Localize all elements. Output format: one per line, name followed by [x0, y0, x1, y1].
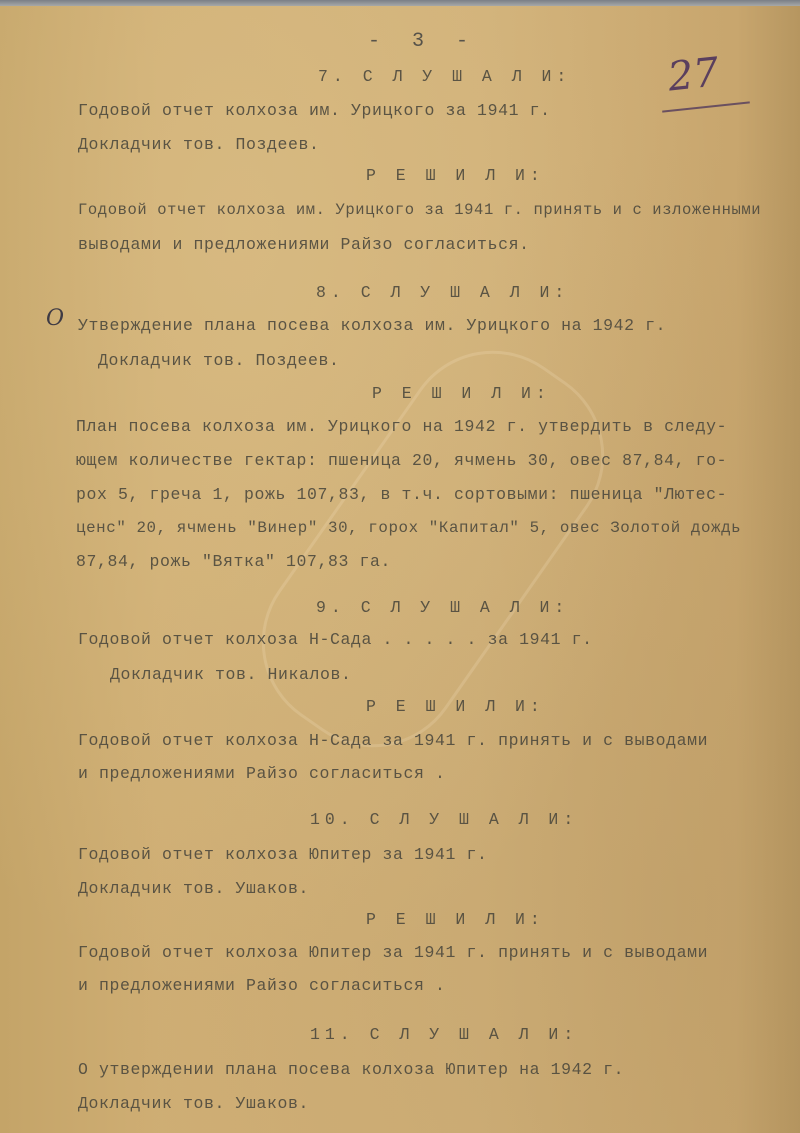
section-8-decision-line-4: ценс" 20, ячмень "Винер" 30, горох "Капи… [76, 519, 741, 537]
page-number: - 3 - [368, 30, 478, 53]
section-11-line-1: О утверждении плана посева колхоза Юпите… [78, 1060, 624, 1079]
section-7-decision-line-2: выводами и предложениями Райзо согласить… [78, 235, 530, 254]
section-11-heading: 11. С Л У Ш А Л И: [310, 1025, 578, 1044]
section-11-line-2: Докладчик тов. Ушаков. [78, 1094, 309, 1113]
section-8-heading: 8. С Л У Ш А Л И: [316, 283, 569, 302]
section-7-decision-heading: Р Е Ш И Л И: [366, 166, 545, 185]
section-9-decision-line-2: и предложениями Райзо согласиться . [78, 764, 446, 783]
section-10-line-1: Годовой отчет колхоза Юпитер за 1941 г. [78, 845, 488, 864]
section-10-decision-line-1: Годовой отчет колхоза Юпитер за 1941 г. … [78, 943, 708, 962]
section-9-line-2: Докладчик тов. Никалов. [110, 665, 352, 684]
section-7-heading: 7. С Л У Ш А Л И: [318, 67, 571, 86]
section-7-decision-line-1: Годовой отчет колхоза им. Урицкого за 19… [78, 201, 761, 219]
section-8-line-1: Утверждение плана посева колхоза им. Ури… [78, 316, 666, 335]
handwritten-margin-mark: О [46, 306, 64, 331]
section-7-line-2: Докладчик тов. Поздеев. [78, 135, 320, 154]
section-9-decision-line-1: Годовой отчет колхоза Н-Сада за 1941 г. … [78, 731, 708, 750]
section-8-decision-line-5: 87,84, рожь "Вятка" 107,83 га. [76, 552, 391, 571]
section-8-line-2: Докладчик тов. Поздеев. [98, 351, 340, 370]
section-8-decision-heading: Р Е Ш И Л И: [372, 384, 551, 403]
section-8-decision-line-2: ющем количестве гектар: пшеница 20, ячме… [76, 451, 727, 470]
section-10-heading: 10. С Л У Ш А Л И: [310, 810, 578, 829]
section-8-decision-line-1: План посева колхоза им. Урицкого на 1942… [76, 417, 727, 436]
section-10-decision-line-2: и предложениями Райзо согласиться . [78, 976, 446, 995]
section-8-decision-line-3: рох 5, греча 1, рожь 107,83, в т.ч. сорт… [76, 485, 727, 504]
section-7-line-1: Годовой отчет колхоза им. Урицкого за 19… [78, 101, 551, 120]
section-9-line-1: Годовой отчет колхоза Н-Сада . . . . . з… [78, 630, 593, 649]
section-10-decision-heading: Р Е Ш И Л И: [366, 910, 545, 929]
section-10-line-2: Докладчик тов. Ушаков. [78, 879, 309, 898]
section-9-heading: 9. С Л У Ш А Л И: [316, 598, 569, 617]
handwritten-folio-number: 27 [666, 49, 721, 100]
section-9-decision-heading: Р Е Ш И Л И: [366, 697, 545, 716]
